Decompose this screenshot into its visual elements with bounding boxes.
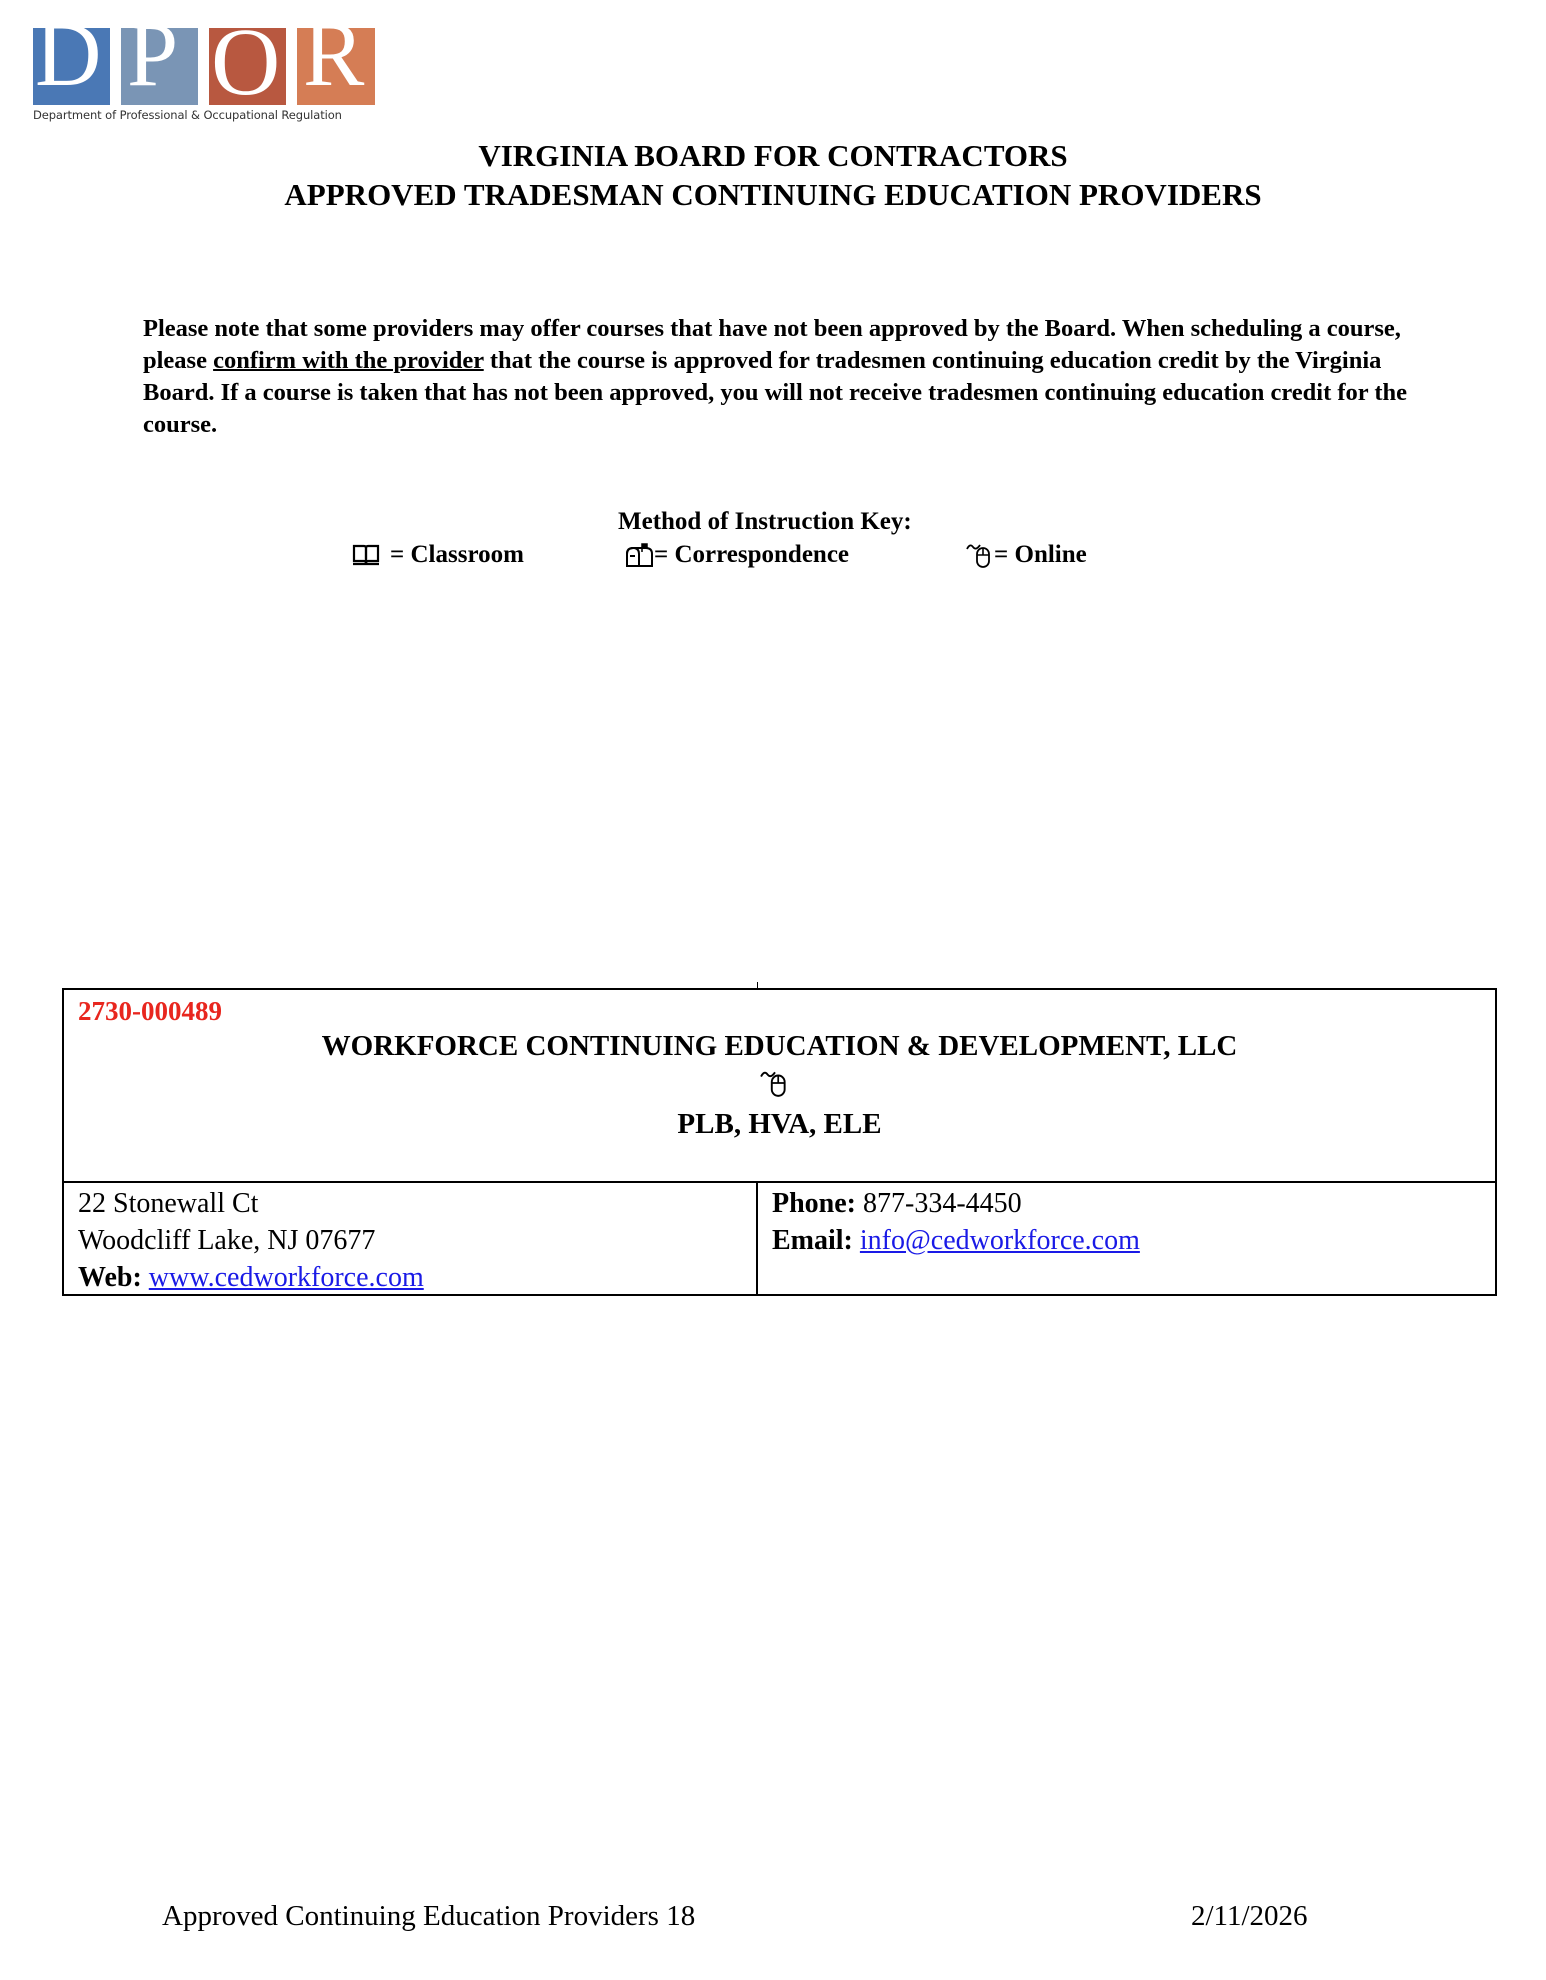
mouse-icon <box>760 1068 790 1103</box>
mailbox-icon <box>624 542 654 568</box>
email-link[interactable]: info@cedworkforce.com <box>860 1225 1140 1256</box>
footer-page-label: Approved Continuing Education Providers … <box>162 1900 695 1933</box>
provider-trades: PLB, HVA, ELE <box>64 1108 1495 1141</box>
email-label: Email: <box>772 1225 853 1256</box>
instruction-key-heading: Method of Instruction Key: <box>618 508 912 536</box>
notice-emphasis: confirm with the provider <box>213 347 484 374</box>
provider-address-cell: 22 Stonewall Ct Woodcliff Lake, NJ 07677… <box>64 1183 758 1294</box>
web-line: Web: www.cedworkforce.com <box>78 1259 756 1296</box>
provider-table: 2730-000489 WORKFORCE CONTINUING EDUCATI… <box>62 988 1497 1296</box>
logo-letter: D <box>35 28 101 100</box>
provider-id: 2730-000489 <box>78 996 222 1027</box>
provider-contact-row: 22 Stonewall Ct Woodcliff Lake, NJ 07677… <box>62 1181 1497 1296</box>
page-title-line2: APPROVED TRADESMAN CONTINUING EDUCATION … <box>0 177 1546 213</box>
key-online: = Online <box>966 541 1087 569</box>
page-title-line1: VIRGINIA BOARD FOR CONTRACTORS <box>0 138 1546 174</box>
key-correspondence-label: = Correspondence <box>654 541 849 569</box>
logo-tile-o: O <box>209 28 286 105</box>
logo-letter: R <box>303 28 364 100</box>
web-link[interactable]: www.cedworkforce.com <box>149 1262 424 1293</box>
email-line: Email: info@cedworkforce.com <box>772 1222 1495 1259</box>
phone-label: Phone: <box>772 1188 856 1219</box>
provider-header-row: 2730-000489 WORKFORCE CONTINUING EDUCATI… <box>62 988 1497 1181</box>
logo-tile-p: P <box>121 28 198 105</box>
logo-letter: P <box>127 28 178 100</box>
address-line1: 22 Stonewall Ct <box>78 1185 756 1222</box>
provider-name: WORKFORCE CONTINUING EDUCATION & DEVELOP… <box>64 1030 1495 1063</box>
logo-tile-r: R <box>297 28 375 105</box>
book-icon <box>352 543 380 567</box>
notice-paragraph: Please note that some providers may offe… <box>143 313 1433 441</box>
phone-value: 877-334-4450 <box>863 1188 1022 1219</box>
key-correspondence: = Correspondence <box>624 541 849 569</box>
footer-date: 2/11/2026 <box>1191 1900 1308 1933</box>
logo-letter: O <box>211 28 280 105</box>
dpor-logo: D P O R Department of Professional & Occ… <box>33 28 378 128</box>
key-classroom-label: = Classroom <box>390 541 524 569</box>
web-label: Web: <box>78 1262 142 1293</box>
logo-tile-d: D <box>33 28 110 105</box>
provider-contact-cell: Phone: 877-334-4450 Email: info@cedworkf… <box>758 1183 1495 1294</box>
logo-tiles: D P O R <box>33 28 375 105</box>
key-classroom: = Classroom <box>352 541 524 569</box>
logo-caption: Department of Professional & Occupationa… <box>33 108 342 122</box>
mouse-icon <box>966 541 994 569</box>
phone-line: Phone: 877-334-4450 <box>772 1185 1495 1222</box>
key-online-label: = Online <box>994 541 1087 569</box>
address-line2: Woodcliff Lake, NJ 07677 <box>78 1222 756 1259</box>
